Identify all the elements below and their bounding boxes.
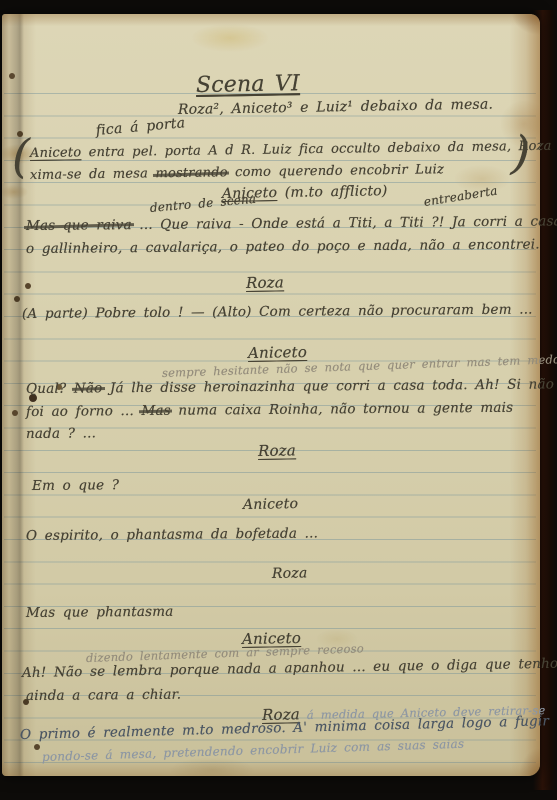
- speaker-heading: Roza: [246, 273, 284, 292]
- speech-line: Em o que ?: [32, 477, 119, 495]
- speaker-heading: Aniceto: [248, 343, 307, 363]
- speaker-heading: Aniceto: [243, 496, 298, 514]
- insert-note: fica á porta: [95, 115, 186, 140]
- cast-line: Roza², Aniceto³ e Luiz¹ debaixo da mesa.: [178, 97, 493, 120]
- speech-line: foi ao forno ... Mas numa caixa Roinha, …: [26, 400, 513, 421]
- speech-line: O espirito, o phantasma da bofetada ...: [26, 525, 318, 544]
- speaker-heading: Roza: [258, 441, 296, 460]
- scene-title: Scena VI: [196, 70, 300, 99]
- pencil-note: entreaberta: [423, 183, 499, 209]
- manuscript-text-layer: Scena VIRoza², Aniceto³ e Luiz¹ debaixo …: [0, 0, 557, 800]
- stage-direction-2: xima-se da mesa mostrando como querendo …: [30, 162, 444, 184]
- stage-direction-1: Aniceto entra pel. porta A d R. Luiz fic…: [30, 138, 557, 162]
- photo-backdrop: Scena VIRoza², Aniceto³ e Luiz¹ debaixo …: [0, 0, 557, 800]
- speech-line: (A parte) Pobre tolo ! — (Alto) Com cert…: [22, 302, 533, 323]
- speech-line: o gallinheiro, a cavalariça, o pateo do …: [26, 237, 540, 258]
- pencil-note: dentro de scena: [149, 192, 256, 216]
- speech-line: Qual? Não Já lhe disse heroinazinha que …: [26, 376, 554, 397]
- speech-line: nada ? ...: [26, 425, 96, 442]
- speech-line: Mas que raiva ... Que raiva - Onde está …: [26, 213, 557, 235]
- speech-line: ainda a cara a chiar.: [26, 687, 181, 705]
- speaker-heading: Roza: [272, 565, 308, 583]
- paren-open: (: [12, 136, 30, 177]
- speech-line: Mas que phantasma: [26, 604, 174, 622]
